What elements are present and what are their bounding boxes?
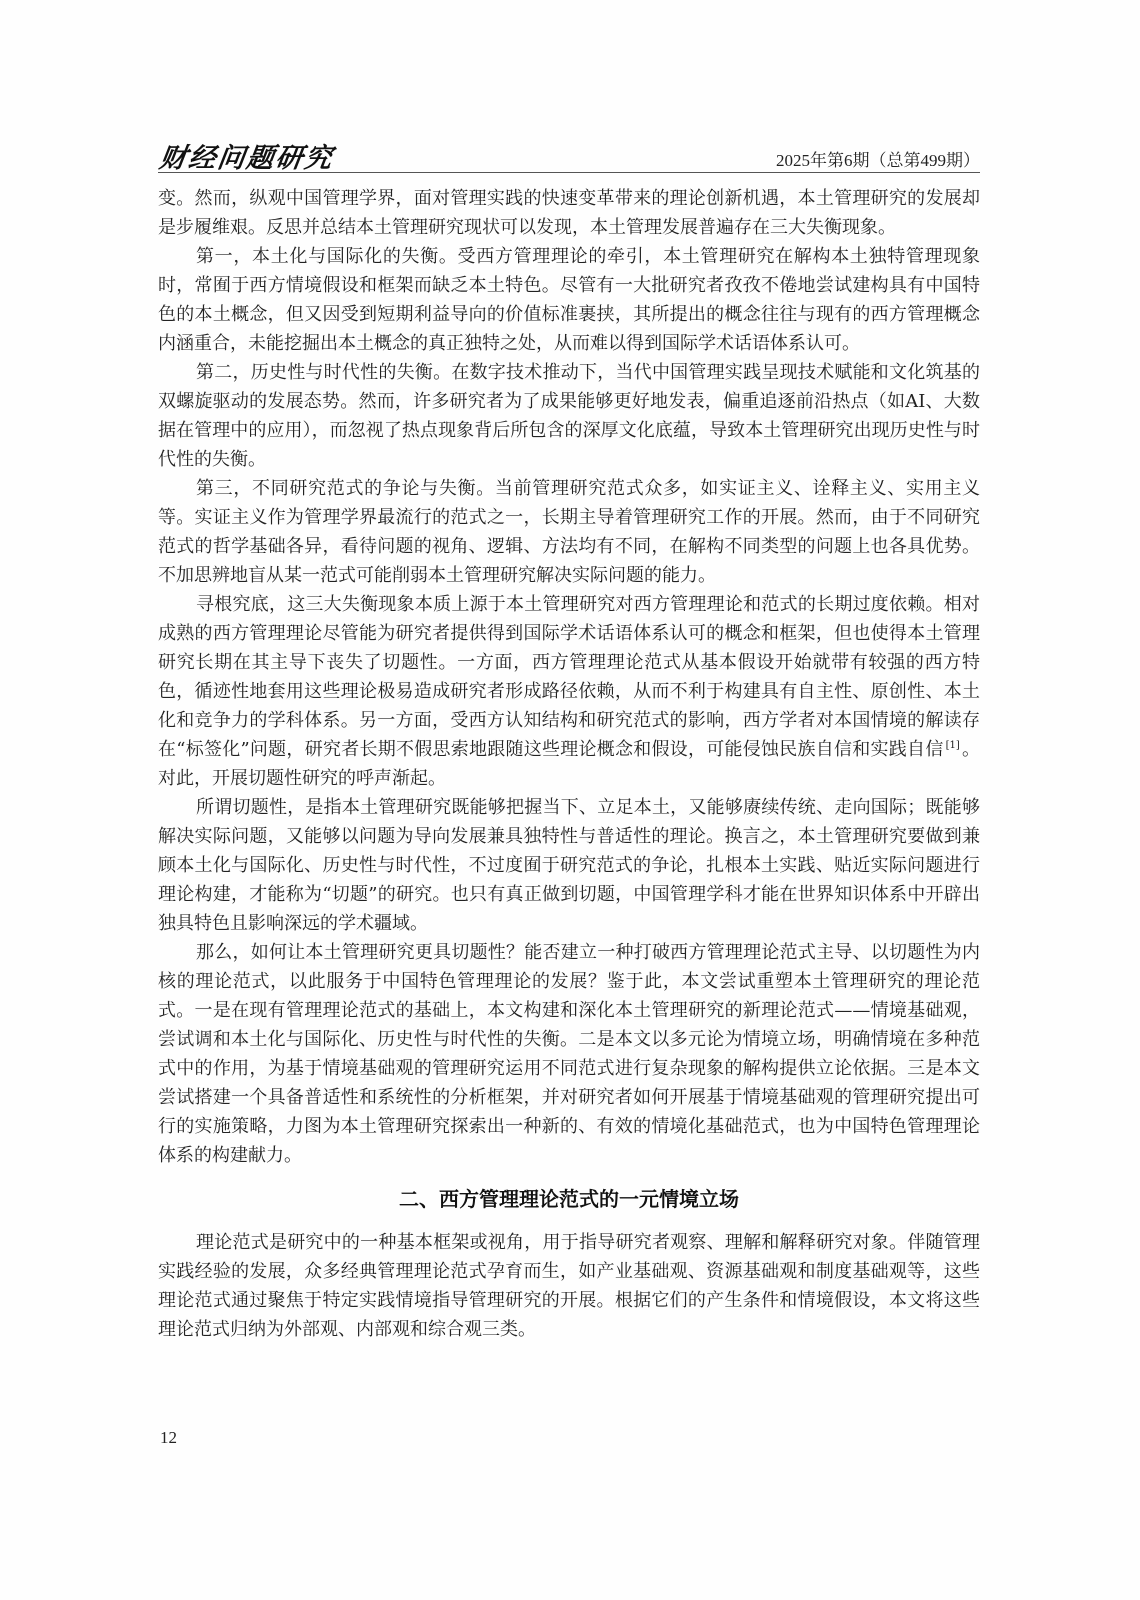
- journal-page: 财经问题研究 2025年第6期（总第499期） 变。然而，纵观中国管理学界，面对…: [0, 0, 1140, 1600]
- paragraph: 所谓切题性，是指本土管理研究既能够把握当下、立足本土，又能够赓续传统、走向国际；…: [158, 793, 980, 938]
- paragraph: 理论范式是研究中的一种基本框架或视角，用于指导研究者观察、理解和解释研究对象。伴…: [158, 1228, 980, 1344]
- paragraph: 第二，历史性与时代性的失衡。在数字技术推动下，当代中国管理实践呈现技术赋能和文化…: [158, 358, 980, 474]
- paragraph: 第一，本土化与国际化的失衡。受西方管理理论的牵引，本土管理研究在解构本土独特管理…: [158, 242, 980, 358]
- article-body: 变。然而，纵观中国管理学界，面对管理实践的快速变革带来的理论创新机遇，本土管理研…: [158, 184, 980, 1344]
- journal-logo: 财经问题研究: [157, 136, 336, 175]
- section-heading: 二、西方管理理论范式的一元情境立场: [158, 1184, 980, 1214]
- paragraph-text: 寻根究底，这三大失衡现象本质上源于本土管理研究对西方管理理论和范式的长期过度依赖…: [158, 594, 980, 760]
- page-number: 12: [160, 1428, 177, 1448]
- paragraph: 第三，不同研究范式的争论与失衡。当前管理研究范式众多，如实证主义、诠释主义、实用…: [158, 474, 980, 590]
- paragraph: 变。然而，纵观中国管理学界，面对管理实践的快速变革带来的理论创新机遇，本土管理研…: [158, 184, 980, 242]
- issue-info: 2025年第6期（总第499期）: [776, 146, 980, 171]
- running-header: 财经问题研究 2025年第6期（总第499期）: [158, 136, 980, 172]
- paragraph-with-citation: 寻根究底，这三大失衡现象本质上源于本土管理研究对西方管理理论和范式的长期过度依赖…: [158, 590, 980, 793]
- citation-marker[interactable]: [1]: [946, 740, 960, 751]
- header-rule: [158, 172, 980, 173]
- paragraph: 那么，如何让本土管理研究更具切题性？能否建立一种打破西方管理理论范式主导、以切题…: [158, 938, 980, 1170]
